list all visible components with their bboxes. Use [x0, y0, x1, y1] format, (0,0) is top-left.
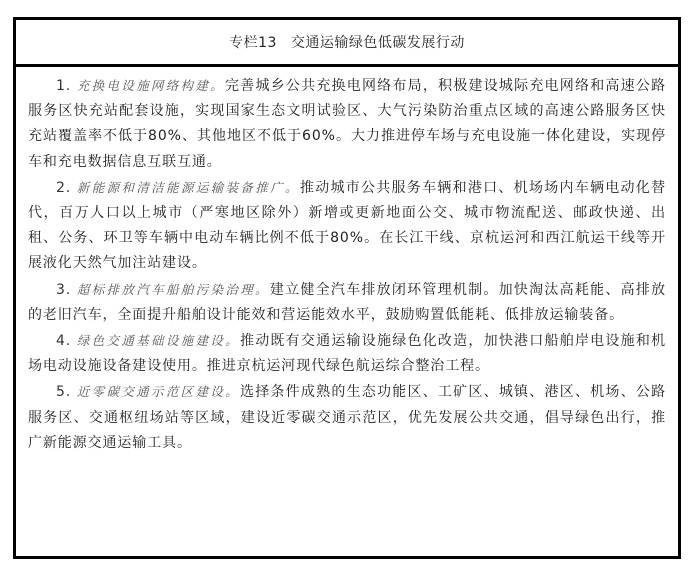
item-index: 4.	[56, 333, 71, 349]
column-box: 专栏13 交通运输绿色低碳发展行动 1. 充换电设施网络构建。完善城乡公共充换电…	[13, 17, 681, 559]
item-2: 2. 新能源和清洁能源运输装备推广。推动城市公共服务车辆和港口、机场场内车辆电动…	[28, 175, 666, 277]
item-3: 3. 超标排放汽车船舶污染治理。建立健全汽车排放闭环管理机制。加快淘汰高耗能、高…	[28, 277, 666, 328]
item-heading: 充换电设施网络构建。	[77, 78, 225, 93]
column-number: 专栏13	[229, 32, 277, 52]
item-index: 3.	[56, 282, 71, 298]
item-index: 2.	[56, 180, 71, 196]
item-heading: 近零碳交通示范区建设。	[77, 384, 240, 399]
item-index: 1.	[56, 78, 71, 94]
column-body: 1. 充换电设施网络构建。完善城乡公共充换电网络布局，积极建设城际充电网络和高速…	[16, 67, 678, 456]
item-index: 5.	[56, 384, 71, 400]
item-5: 5. 近零碳交通示范区建设。选择条件成熟的生态功能区、工矿区、城镇、港区、机场、…	[28, 379, 666, 456]
item-1: 1. 充换电设施网络构建。完善城乡公共充换电网络布局，积极建设城际充电网络和高速…	[28, 73, 666, 175]
column-title-text: 交通运输绿色低碳发展行动	[291, 32, 465, 52]
column-title: 专栏13 交通运输绿色低碳发展行动	[16, 20, 678, 67]
item-4: 4. 绿色交通基础设施建设。推动既有交通运输设施绿色化改造，加快港口船舶岸电设施…	[28, 328, 666, 379]
item-heading: 新能源和清洁能源运输装备推广。	[77, 180, 300, 195]
item-heading: 超标排放汽车船舶污染治理。	[77, 282, 270, 297]
item-heading: 绿色交通基础设施建设。	[77, 333, 240, 348]
